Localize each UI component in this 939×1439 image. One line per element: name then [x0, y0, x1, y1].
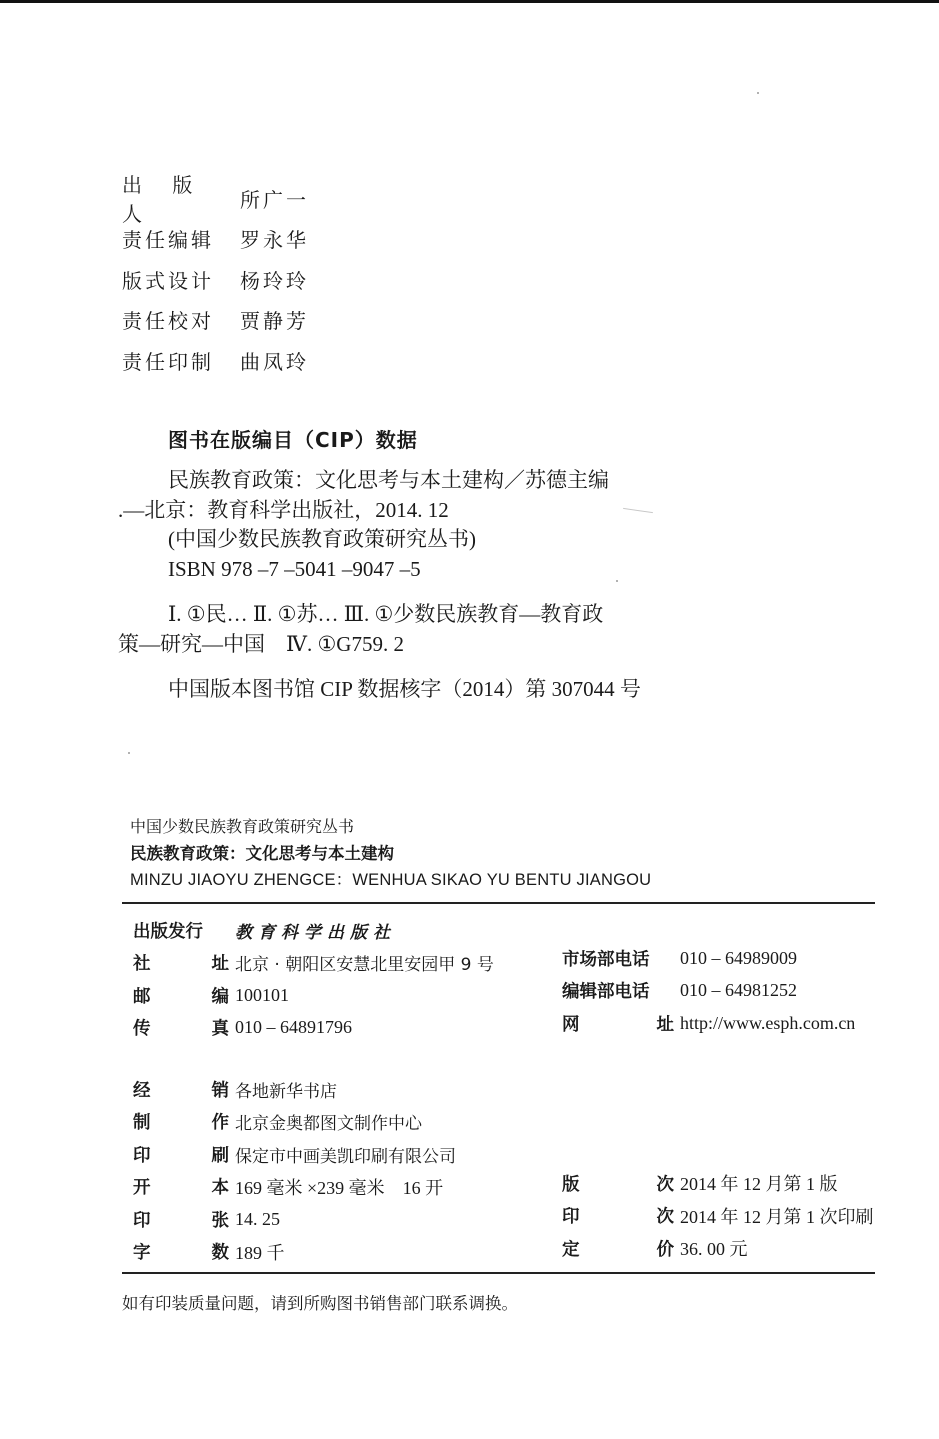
label-char: 价: [657, 1236, 675, 1261]
credit-name: 贾静芳: [240, 305, 309, 334]
info-row-price: 定价 36. 00 元: [562, 1232, 874, 1265]
publication-info-left-1: 出版发行 教育科学出版社 社址 北京 · 朝阳区安慧北里安园甲 9 号 邮编 1…: [133, 914, 494, 1044]
info-row-word-count: 字数 189 千: [133, 1236, 456, 1269]
info-row-postcode: 邮编 100101: [133, 979, 494, 1012]
book-title: 民族教育政策：文化思考与本土建构: [130, 841, 651, 867]
label-char: 刷: [212, 1142, 230, 1167]
credit-row-print-supervisor: 责任印制 曲凤玲: [122, 340, 309, 381]
publication-info-left-2: 经销 各地新华书店 制作 北京金奥都图文制作中心 印刷 保定市中画美凯印刷有限公…: [133, 1073, 456, 1268]
label-char: 张: [212, 1207, 230, 1232]
publication-info-right-2: 版次 2014 年 12 月第 1 版 印次 2014 年 12 月第 1 次印…: [562, 1167, 874, 1265]
info-label: 印刷: [133, 1142, 235, 1167]
label-char: 邮: [133, 983, 151, 1008]
info-label: 网址: [562, 1011, 680, 1036]
credit-role: 责任编辑: [122, 224, 240, 253]
label-char: 版: [562, 1171, 580, 1196]
cip-series-line: (中国少数民族教育政策研究丛书): [118, 525, 698, 555]
label-char: 经: [133, 1077, 151, 1102]
info-row-publisher: 出版发行 教育科学出版社: [133, 914, 494, 947]
label-char: 印: [562, 1203, 580, 1228]
price-value: 36. 00 元: [680, 1235, 748, 1261]
divider-bottom: [122, 1272, 875, 1274]
label-char: 网: [562, 1011, 580, 1036]
cip-record: 民族教育政策：文化思考与本土建构／苏德主编 .—北京：教育科学出版社，2014.…: [118, 466, 698, 705]
cip-publisher-line: .—北京：教育科学出版社，2014. 12: [118, 496, 698, 526]
credits-list: 出 版 人 所广一 责任编辑 罗永华 版式设计 杨玲玲 责任校对 贾静芳 责任印…: [122, 178, 309, 381]
info-value: 北京金奥都图文制作中心: [235, 1109, 422, 1134]
credit-row-editor: 责任编辑 罗永华: [122, 219, 309, 260]
info-row-editorial-phone: 编辑部电话 010 – 64981252: [562, 975, 855, 1008]
label-char: 作: [212, 1109, 230, 1134]
credit-role: 责任校对: [122, 305, 240, 334]
cip-title-line: 民族教育政策：文化思考与本土建构／苏德主编: [118, 466, 698, 496]
series-block: 中国少数民族教育政策研究丛书 民族教育政策：文化思考与本土建构 MINZU JI…: [130, 813, 651, 893]
credit-role: 责任印制: [122, 346, 240, 375]
info-value: 北京 · 朝阳区安慧北里安园甲 9 号: [235, 950, 494, 975]
label-char: 制: [133, 1109, 151, 1134]
info-row-distributor: 经销 各地新华书店: [133, 1073, 456, 1106]
info-value: 2014 年 12 月第 1 版: [680, 1170, 838, 1196]
info-label: 印次: [562, 1203, 680, 1228]
info-row-printing: 印次 2014 年 12 月第 1 次印刷: [562, 1200, 874, 1233]
label-text: 市场部电话: [562, 946, 650, 971]
label-text: 编辑部电话: [562, 978, 650, 1003]
credit-name: 曲凤玲: [240, 346, 309, 375]
info-label: 出版发行: [133, 918, 235, 943]
label-char: 次: [657, 1203, 675, 1228]
label-char: 字: [133, 1239, 151, 1264]
cip-subject-line-cont: 策—研究—中国 Ⅳ. ①G759. 2: [118, 630, 698, 660]
info-value: 14. 25: [235, 1209, 280, 1230]
info-label: 字数: [133, 1239, 235, 1264]
credit-name: 所广一: [240, 184, 309, 213]
info-row-website: 网址 http://www.esph.com.cn: [562, 1007, 855, 1040]
credit-role: 出 版 人: [122, 169, 240, 227]
info-value: 189 千: [235, 1239, 285, 1265]
info-row-fax: 传真 010 – 64891796: [133, 1012, 494, 1045]
info-row-printed-sheets: 印张 14. 25: [133, 1203, 456, 1236]
credit-role: 版式设计: [122, 265, 240, 294]
publisher-name: 教育科学出版社: [235, 918, 396, 943]
credit-row-publisher: 出 版 人 所广一: [122, 178, 309, 219]
info-value: 100101: [235, 985, 289, 1006]
label-char: 本: [212, 1174, 230, 1199]
info-label: 传真: [133, 1015, 235, 1040]
info-value: 169 毫米 ×239 毫米 16 开: [235, 1174, 443, 1200]
info-label: 经销: [133, 1077, 235, 1102]
info-row-printer: 印刷 保定市中画美凯印刷有限公司: [133, 1138, 456, 1171]
info-row-address: 社址 北京 · 朝阳区安慧北里安园甲 9 号: [133, 947, 494, 980]
divider-top: [122, 902, 875, 904]
label-char: 印: [133, 1207, 151, 1232]
quality-notice: 如有印装质量问题，请到所购图书销售部门联系调换。: [122, 1290, 518, 1314]
label-char: 编: [212, 983, 230, 1008]
info-row-marketing-phone: 市场部电话 010 – 64989009: [562, 942, 855, 975]
info-label: 版次: [562, 1171, 680, 1196]
credit-name: 杨玲玲: [240, 265, 309, 294]
label-char: 销: [212, 1077, 230, 1102]
credit-row-proofreader: 责任校对 贾静芳: [122, 300, 309, 341]
info-label: 定价: [562, 1236, 680, 1261]
info-label: 市场部电话: [562, 946, 680, 971]
info-value: 保定市中画美凯印刷有限公司: [235, 1142, 456, 1167]
label-text: 出版发行: [133, 918, 203, 943]
info-value: 2014 年 12 月第 1 次印刷: [680, 1203, 874, 1229]
label-char: 址: [212, 950, 230, 975]
scan-speck: [128, 752, 130, 754]
info-label: 开本: [133, 1174, 235, 1199]
info-value: 010 – 64891796: [235, 1017, 352, 1038]
credit-name: 罗永华: [240, 224, 309, 253]
label-char: 数: [212, 1239, 230, 1264]
cip-heading: 图书在版编目（CIP）数据: [168, 424, 418, 453]
series-name: 中国少数民族教育政策研究丛书: [130, 813, 651, 841]
label-char: 址: [657, 1011, 675, 1036]
label-char: 真: [212, 1015, 230, 1040]
info-label: 社址: [133, 950, 235, 975]
info-row-production: 制作 北京金奥都图文制作中心: [133, 1106, 456, 1139]
label-char: 传: [133, 1015, 151, 1040]
info-row-edition: 版次 2014 年 12 月第 1 版: [562, 1167, 874, 1200]
label-char: 印: [133, 1142, 151, 1167]
website-link: http://www.esph.com.cn: [680, 1013, 855, 1034]
cip-record-number: 中国版本图书馆 CIP 数据核字（2014）第 307044 号: [118, 675, 698, 705]
info-value: 010 – 64981252: [680, 980, 797, 1001]
label-char: 开: [133, 1174, 151, 1199]
scan-speck: [757, 92, 759, 94]
scan-top-border: [0, 0, 939, 3]
cip-subject-line: Ⅰ. ①民… Ⅱ. ①苏… Ⅲ. ①少数民族教育—教育政: [118, 600, 698, 630]
info-value: 010 – 64989009: [680, 948, 797, 969]
info-label: 印张: [133, 1207, 235, 1232]
publication-info-right-1: 市场部电话 010 – 64989009 编辑部电话 010 – 6498125…: [562, 942, 855, 1040]
info-label: 制作: [133, 1109, 235, 1134]
label-char: 社: [133, 950, 151, 975]
info-row-format: 开本 169 毫米 ×239 毫米 16 开: [133, 1171, 456, 1204]
credit-row-layout-design: 版式设计 杨玲玲: [122, 259, 309, 300]
label-char: 次: [657, 1171, 675, 1196]
pinyin-title: MINZU JIAOYU ZHENGCE：WENHUA SIKAO YU BEN…: [130, 867, 651, 893]
label-char: 定: [562, 1236, 580, 1261]
cip-isbn-line: ISBN 978 –7 –5041 –9047 –5: [118, 555, 698, 585]
info-label: 编辑部电话: [562, 978, 680, 1003]
info-label: 邮编: [133, 983, 235, 1008]
info-value: 各地新华书店: [235, 1077, 337, 1102]
